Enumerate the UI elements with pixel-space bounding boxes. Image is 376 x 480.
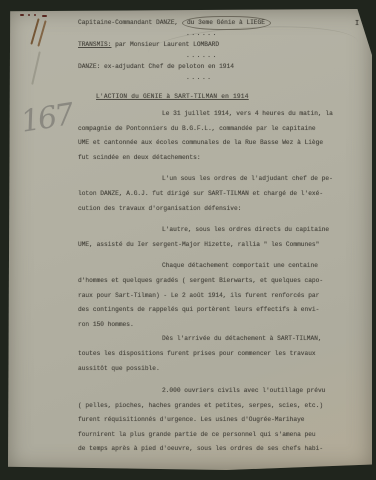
header-line-danze: DANZE: ex-adjudant Chef de peloton en 19…: [78, 61, 348, 72]
margin-note-handwritten: 167: [19, 97, 75, 140]
text-line: compagnie de Pontonniers du B.G.F.L., co…: [78, 122, 348, 137]
paragraph: L'un sous les ordres de l'adjudant chef …: [78, 172, 348, 216]
text-line: aussitôt que possible.: [78, 362, 348, 377]
header-line-author: Capitaine-Commandant DANZE, du 3eme Géni…: [78, 17, 348, 28]
text-line: UME et cantonnée aux écoles communales d…: [78, 136, 348, 151]
text-line: loton DANZE, A.G.J. fut dirigé sur SART-…: [78, 187, 348, 202]
text-line: ron 150 hommes.: [78, 318, 348, 333]
handwritten-slash-mark: [37, 20, 46, 47]
text-line: raux pour Sart-Tilman) - Le 2 août 1914,…: [78, 289, 348, 304]
header-author-prefix: Capitaine-Commandant DANZE,: [78, 19, 182, 26]
paper-sheet: I 167 Capitaine-Commandant DANZE, du 3em…: [8, 9, 372, 470]
typewritten-text-block: Capitaine-Commandant DANZE, du 3eme Géni…: [78, 17, 348, 457]
text-line: d'hommes et quelques gradés ( sergent Bi…: [78, 274, 348, 289]
text-line: fournirent la plus grande partie de ce p…: [78, 428, 348, 443]
page-number: I: [355, 20, 359, 28]
text-line: L'un sous les ordres de l'adjudant chef …: [78, 172, 348, 187]
text-line: cution des travaux d'organisation défens…: [78, 202, 348, 217]
text-line: Le 31 juillet 1914, vers 4 heures du mat…: [78, 107, 348, 122]
text-line: toutes les dispositions furent prises po…: [78, 347, 348, 362]
paragraph: L'autre, sous les ordres directs du capi…: [78, 223, 348, 252]
text-line: furent réquisitionnés d'urgence. Les usi…: [78, 413, 348, 428]
text-line: des contingents de rappelés qui portèren…: [78, 303, 348, 318]
paragraph: Le 31 juillet 1914, vers 4 heures du mat…: [78, 107, 348, 165]
text-line: fut scindée en deux détachements:: [78, 151, 348, 166]
text-line: Chaque détachement comportait une centai…: [78, 259, 348, 274]
document-body: Le 31 juillet 1914, vers 4 heures du mat…: [78, 107, 348, 457]
text-line: 2.000 ouvriers civils avec l'outillage p…: [78, 384, 348, 399]
transmis-label: TRANSMIS:: [78, 41, 111, 48]
handwritten-slash-mark: [30, 18, 39, 45]
document-title: L'ACTION du GENIE à SART-TILMAN en 1914: [78, 91, 348, 103]
text-line: de temps après à pied d'oeuvre, sous les…: [78, 442, 348, 457]
text-line: Dès l'arrivée du détachement à SART-TILM…: [78, 332, 348, 347]
ink-tick-marks: [20, 14, 54, 18]
dots-separator: ......: [78, 28, 348, 39]
transmis-rest: par Monsieur Laurent LOMBARD: [111, 41, 219, 48]
dots-separator: .....: [78, 72, 348, 83]
pencil-slash-mark: [31, 51, 40, 84]
text-line: UME, assisté du Ier sergent-Major Hizett…: [78, 238, 348, 253]
scanned-document-page: { "page": { "number": "I", "margin_note"…: [0, 0, 376, 480]
dots-separator: ......: [78, 50, 348, 61]
text-line: L'autre, sous les ordres directs du capi…: [78, 223, 348, 238]
paragraph: Dès l'arrivée du détachement à SART-TILM…: [78, 332, 348, 376]
header-line-transmis: TRANSMIS: par Monsieur Laurent LOMBARD: [78, 39, 348, 50]
paragraph: Chaque détachement comportait une centai…: [78, 259, 348, 332]
paragraph: 2.000 ouvriers civils avec l'outillage p…: [78, 384, 348, 457]
text-line: ( pelles, pioches, haches grandes et pet…: [78, 399, 348, 414]
